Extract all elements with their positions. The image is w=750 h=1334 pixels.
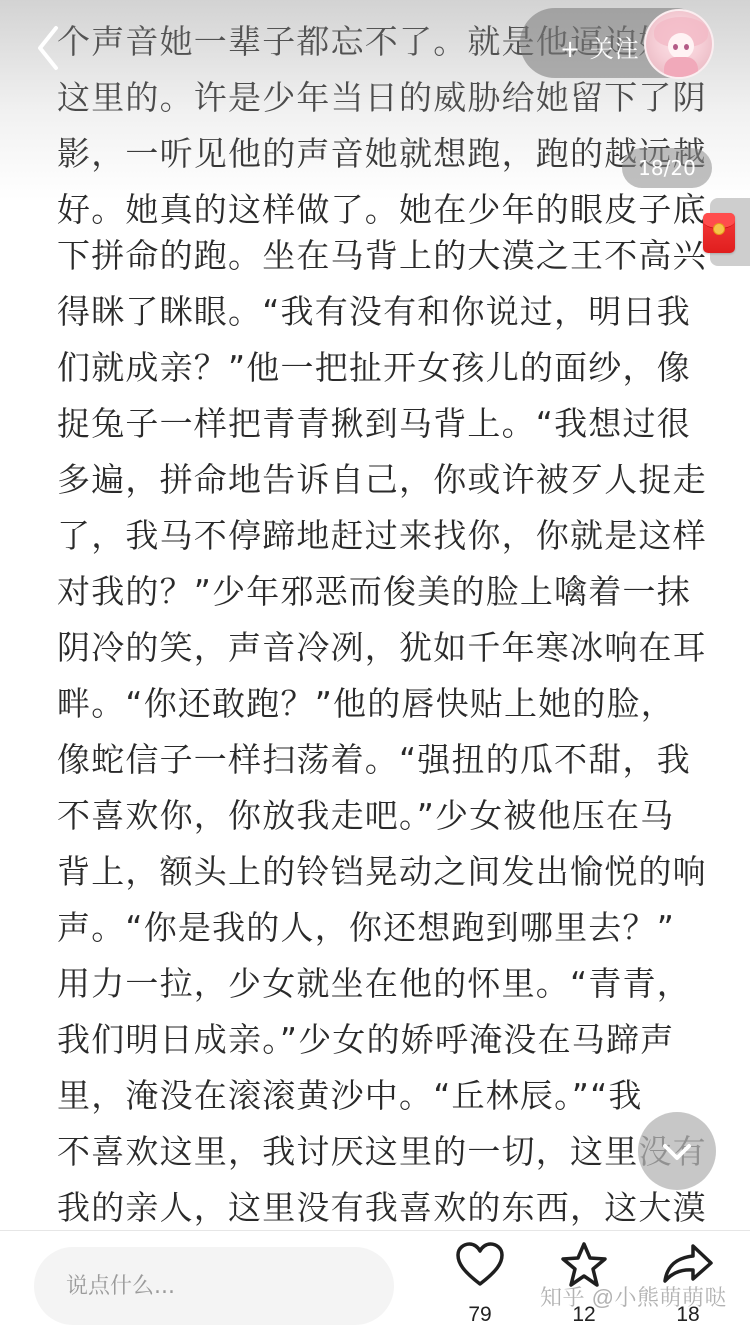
article-line: 畔。“你还敢跑？”他的唇快贴上她的脸， (57, 684, 727, 724)
avatar-eye (673, 44, 678, 50)
avatar-face (668, 33, 694, 59)
article-line: 对我的？”少年邪恶而俊美的脸上噙着一抹 (57, 572, 727, 612)
article-line: 下拼命的跑。坐在马背上的大漠之王不高兴 (57, 236, 727, 276)
article-line: 背上，额头上的铃铛晃动之间发出愉悦的响 (57, 852, 727, 892)
article-line: 不喜欢这里，我讨厌这里的一切，这里没有 (57, 1132, 727, 1172)
article-line: 不喜欢你，你放我走吧。”少女被他压在马 (57, 796, 727, 836)
follow-label: + 关注 (560, 29, 640, 64)
avatar-eye (684, 44, 689, 50)
article-line: 了，我马不停蹄地赶过来找你，你就是这样 (57, 516, 727, 556)
back-button[interactable] (30, 22, 70, 72)
like-count: 79 (445, 1303, 515, 1327)
article-line: 里，淹没在滚滚黄沙中。“丘林辰。”“我 (57, 1076, 727, 1116)
zhihu-watermark: 知乎 @小熊萌萌哒 (540, 1281, 727, 1312)
article-line: 多遍，拼命地告诉自己，你或许被歹人捉走 (57, 460, 727, 500)
article-line: 阴冷的笑，声音冷冽，犹如千年寒冰响在耳 (57, 628, 727, 668)
page-indicator: 18/20 (622, 148, 712, 188)
article-line: 这里的。许是少年当日的威胁给她留下了阴 (57, 78, 727, 118)
article-line: 得眯了眯眼。“我有没有和你说过，明日我 (57, 292, 727, 332)
heart-icon (455, 1241, 505, 1289)
chevron-down-icon (638, 1112, 716, 1190)
bottom-action-bar: 79 12 18 知乎 @小熊萌萌哒 (0, 1230, 750, 1334)
article-line: 我们明日成亲。”少女的娇呼淹没在马蹄声 (57, 1020, 727, 1060)
red-packet-coin (713, 223, 725, 235)
article-line: 我的亲人，这里没有我喜欢的东西，这大漠 (57, 1188, 727, 1228)
avatar-body (664, 57, 698, 79)
comment-input[interactable] (34, 1247, 394, 1325)
like-button[interactable]: 79 (445, 1241, 515, 1331)
article-line: 捉兔子一样把青青揪到马背上。“我想过很 (57, 404, 727, 444)
article-line: 像蛇信子一样扫荡着。“强扭的瓜不甜，我 (57, 740, 727, 780)
article-line: 好。她真的这样做了。她在少年的眼皮子底 (57, 190, 727, 230)
article-line: 们就成亲？”他一把扯开女孩儿的面纱，像 (57, 348, 727, 388)
article-line: 声。“你是我的人，你还想跑到哪里去？” (57, 908, 727, 948)
chevron-left-icon (30, 22, 70, 72)
article-line: 用力一拉，少女就坐在他的怀里。“青青， (57, 964, 727, 1004)
red-packet-icon[interactable] (703, 213, 735, 253)
author-avatar[interactable] (644, 9, 714, 79)
scroll-down-button[interactable] (638, 1112, 716, 1190)
